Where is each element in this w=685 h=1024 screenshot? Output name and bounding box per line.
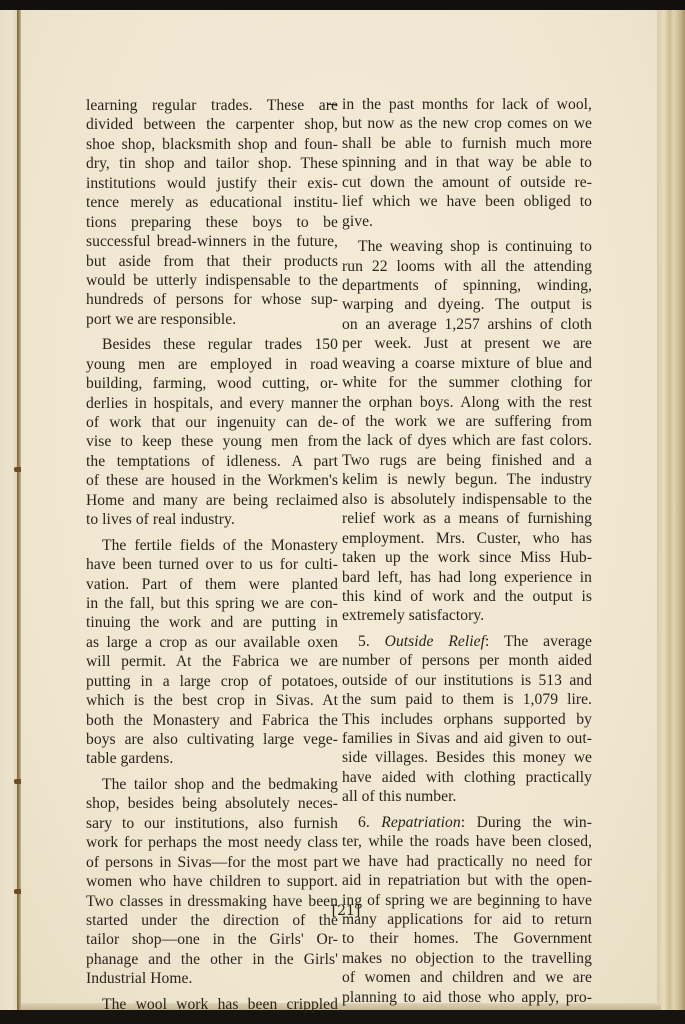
text-line: tions preparing these boys to be	[86, 213, 338, 232]
text-line: relief work as a means of furnishing	[342, 509, 592, 528]
text-line: to their homes. The Government	[342, 929, 592, 948]
text-line: hundreds of persons for whose sup-	[86, 290, 338, 309]
paragraph: learning regular trades. These aredivide…	[86, 96, 338, 329]
text-line: aid in repatriation but with the open-	[342, 871, 592, 890]
section-heading-line: 6. Repatriation: During the win-	[342, 813, 592, 832]
text-line: sary to our institutions, also furnish	[86, 814, 338, 833]
text-line: This includes orphans supported by	[342, 710, 592, 729]
text-line: number of persons per month aided	[342, 651, 592, 670]
section-first-line-text: : The average	[485, 633, 592, 650]
text-line: outside of our institutions is 513 and	[342, 671, 592, 690]
page-stack-edge	[657, 10, 685, 1010]
text-line: both the Monastery and Fabrica the	[86, 711, 338, 730]
text-line: The weaving shop is continuing to	[342, 237, 592, 256]
left-text-column: learning regular trades. These aredivide…	[86, 96, 338, 1014]
text-line: of the work we are suffering from	[342, 412, 592, 431]
text-line: Two classes in dressmaking have been	[86, 892, 338, 911]
paragraph: The weaving shop is continuing torun 22 …	[342, 237, 592, 626]
text-line: have been turned over to us for culti-	[86, 555, 338, 574]
right-text-column: in the past months for lack of wool,but …	[342, 95, 592, 1007]
text-line: ing of spring we are beginning to have	[342, 891, 592, 910]
paragraph: 5. Outside Relief: The averagenumber of …	[342, 632, 592, 807]
section-number: 6.	[358, 814, 381, 831]
text-line: started under the direction of the	[86, 911, 338, 930]
text-line: The wool work has been crippled	[86, 995, 338, 1014]
text-line: Industrial Home.	[86, 969, 338, 988]
text-line: warping and dyeing. The output is	[342, 295, 592, 314]
text-line: weaving a coarse mixture of blue and	[342, 354, 592, 373]
paragraph: The fertile fields of the Monasteryhave …	[86, 536, 338, 769]
paragraph: The wool work has been crippled	[86, 995, 338, 1014]
text-line: boys are also cultivating large vege-	[86, 730, 338, 749]
text-line: give.	[342, 212, 592, 231]
text-line: side villages. Besides this money we	[342, 748, 592, 767]
text-line: but now as the new crop comes on we	[342, 114, 592, 133]
text-line: will permit. At the Fabrica we are	[86, 652, 338, 671]
paragraph: The tailor shop and the bedmakingshop, b…	[86, 775, 338, 989]
text-line: of work that our ingenuity can de-	[86, 413, 338, 432]
text-line: the sum paid to them is 1,079 lire.	[342, 690, 592, 709]
text-line: work for perhaps the most needy class	[86, 833, 338, 852]
paragraph: in the past months for lack of wool,but …	[342, 95, 592, 231]
text-line: kelim is newly begun. The industry	[342, 470, 592, 489]
text-line: the orphan boys. Along with the rest	[342, 393, 592, 412]
text-line: putting in a large crop of potatoes,	[86, 672, 338, 691]
text-line: per week. Just at present we are	[342, 334, 592, 353]
text-line: dry, tin shop and tailor shop. These	[86, 154, 338, 173]
text-line: also is absolutely indispensable to the	[342, 490, 592, 509]
section-first-line-text: : During the win-	[461, 814, 592, 831]
text-line: successful bread-winners in the future,	[86, 232, 338, 251]
text-line: Two rugs are being finished and a	[342, 451, 592, 470]
section-heading-line: 5. Outside Relief: The average	[342, 632, 592, 651]
text-line: white for the summer clothing for	[342, 373, 592, 392]
text-line: departments of spinning, winding,	[342, 276, 592, 295]
text-line: this kind of work and the output is	[342, 587, 592, 606]
text-line: on an average 1,257 arshins of cloth	[342, 315, 592, 334]
text-line: in the past months for lack of wool,	[342, 95, 592, 114]
text-line: cut down the amount of outside re-	[342, 173, 592, 192]
section-number: 5.	[358, 633, 385, 650]
text-line: many applications for aid to return	[342, 910, 592, 929]
text-line: planning to aid those who apply, pro-	[342, 988, 592, 1007]
section-title: Outside Relief	[385, 633, 485, 650]
paragraph: 6. Repatriation: During the win-ter, whi…	[342, 813, 592, 1007]
text-line: derlies in hospitals, and every manner	[86, 394, 338, 413]
text-line: vation. Part of them were planted	[86, 575, 338, 594]
text-line: families in Sivas and aid given to out-	[342, 729, 592, 748]
text-line: the temptations of idleness. A part	[86, 452, 338, 471]
text-line: lief which we have been obliged to	[342, 192, 592, 211]
text-line: table gardens.	[86, 749, 338, 768]
text-line: Besides these regular trades 150	[86, 335, 338, 354]
text-line: phanage and the other in the Girls'	[86, 950, 338, 969]
text-line: tinuing the work and are putting in	[86, 613, 338, 632]
text-line: tailor shop—one in the Girls' Or-	[86, 930, 338, 949]
text-line: The tailor shop and the bedmaking	[86, 775, 338, 794]
text-line: taken up the work since Miss Hub-	[342, 548, 592, 567]
text-line: we have had practically no need for	[342, 852, 592, 871]
text-line: have aided with clothing practically	[342, 768, 592, 787]
text-line: to lives of real industry.	[86, 510, 338, 529]
text-line: vise to keep these young men from	[86, 432, 338, 451]
text-line: of persons in Sivas—for the most part	[86, 853, 338, 872]
text-line: shop, besides being absolutely neces-	[86, 794, 338, 813]
text-line: port we are responsible.	[86, 310, 338, 329]
text-line: all of this number.	[342, 787, 592, 806]
text-line: learning regular trades. These are	[86, 96, 338, 115]
text-line: shoe shop, blacksmith shop and foun-	[86, 135, 338, 154]
text-line: spinning and in that way be able to	[342, 153, 592, 172]
page-number: [21]	[326, 903, 366, 919]
text-line: as large a crop as our available oxen	[86, 633, 338, 652]
text-line: Home and many are being reclaimed	[86, 491, 338, 510]
text-line: women who have children to support.	[86, 872, 338, 891]
text-line: run 22 looms with all the attending	[342, 257, 592, 276]
text-line: would be utterly indispensable to the	[86, 271, 338, 290]
section-title: Repatriation	[381, 814, 460, 831]
text-line: but aside from that their products	[86, 252, 338, 271]
text-line: the lack of dyes which are fast colors.	[342, 431, 592, 450]
text-line: extremely satisfactory.	[342, 606, 592, 625]
text-line: tence merely as educational institu-	[86, 193, 338, 212]
paragraph: Besides these regular trades 150young me…	[86, 335, 338, 529]
scan-top-border	[0, 0, 685, 10]
text-line: of women and children and we are	[342, 968, 592, 987]
text-line: young men are employed in road	[86, 355, 338, 374]
text-line: divided between the carpenter shop,	[86, 115, 338, 134]
text-line: which is the best crop in Sivas. At	[86, 691, 338, 710]
text-line: institutions would justify their exis-	[86, 174, 338, 193]
text-line: shall be able to furnish much more	[342, 134, 592, 153]
text-line: of these are housed in the Workmen's	[86, 471, 338, 490]
text-line: in the fall, but this spring we are con-	[86, 594, 338, 613]
text-line: The fertile fields of the Monastery	[86, 536, 338, 555]
text-line: makes no objection to the travelling	[342, 949, 592, 968]
text-line: employment. Mrs. Custer, who has	[342, 529, 592, 548]
text-line: ter, while the roads have been closed,	[342, 832, 592, 851]
text-line: building, farming, wood cutting, or-	[86, 374, 338, 393]
text-line: bard left, has had long experience in	[342, 568, 592, 587]
